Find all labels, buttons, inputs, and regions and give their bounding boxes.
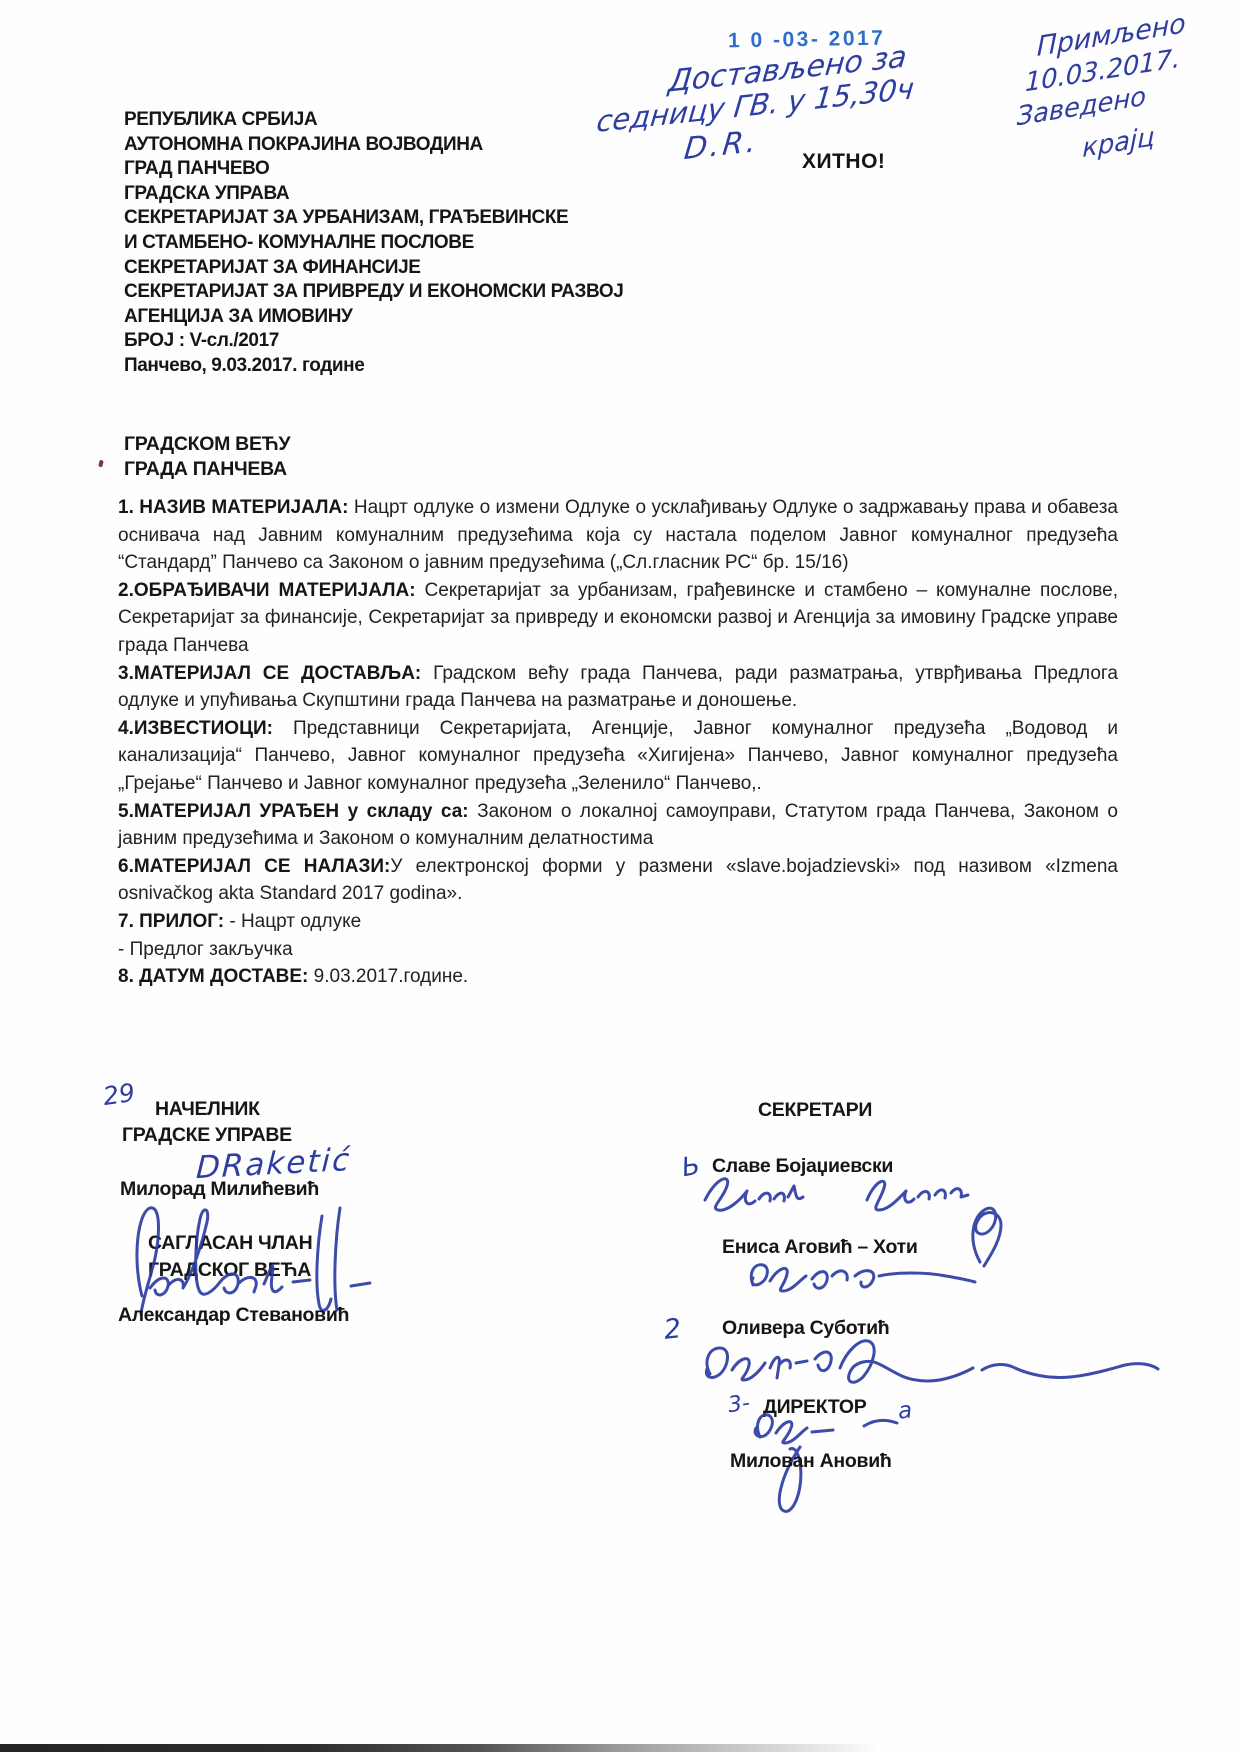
paragraph-text: - Предлог закључка	[118, 939, 293, 960]
handwritten-note-received-4: крајц	[1082, 122, 1155, 164]
document-body: 1. НАЗИВ МАТЕРИЈАЛА: Нацрт одлуке о изме…	[118, 494, 1118, 991]
role-nachelnik-line1: НАЧЕЛНИК	[155, 1098, 260, 1121]
paragraph-text: 9.03.2017.године.	[308, 966, 468, 987]
paragraph-text: - Нацрт одлуке	[224, 911, 361, 932]
paragraph-6-nalazi: 6.МАТЕРИЈАЛ СЕ НАЛАЗИ:У електронској фор…	[118, 853, 1118, 908]
header-line: И СТАМБЕНО- КОМУНАЛНЕ ПОСЛОВЕ	[124, 231, 623, 256]
signer-name-milovan-anovic: Милован Ановић	[730, 1450, 892, 1473]
secretaries-heading: СЕКРЕТАРИ	[758, 1099, 872, 1122]
institution-header: РЕПУБЛИКА СРБИЈА АУТОНОМНА ПОКРАЈИНА ВОЈ…	[124, 108, 623, 379]
paragraph-3-dostavlja: 3.МАТЕРИЈАЛ СЕ ДОСТАВЉА: Градском већу г…	[118, 660, 1118, 715]
header-line: СЕКРЕТАРИЈАТ ЗА ПРИВРЕДУ И ЕКОНОМСКИ РАЗ…	[124, 280, 623, 305]
paragraph-7-prilog: 7. ПРИЛОГ: - Нацрт одлуке	[118, 908, 1118, 936]
paragraph-label: 2.ОБРАЂИВАЧИ МАТЕРИЈАЛА:	[118, 580, 416, 601]
paragraph-label: 3.МАТЕРИЈАЛ СЕ ДОСТАВЉА:	[118, 663, 421, 684]
header-line: АУТОНОМНА ПОКРАЈИНА ВОЈВОДИНА	[124, 133, 623, 158]
header-line: СЕКРЕТАРИЈАТ ЗА УРБАНИЗАМ, ГРАЂЕВИНСКЕ	[124, 206, 623, 231]
paragraph-label: 6.МАТЕРИЈАЛ СЕ НАЛАЗИ:	[118, 856, 390, 877]
stray-ink-mark	[98, 460, 104, 468]
paragraph-label: 4.ИЗВЕСТИОЦИ:	[118, 718, 273, 739]
scan-edge-artifact	[0, 1744, 880, 1752]
handwritten-initials: D.R.	[682, 124, 760, 167]
paragraph-2-obradjivaci: 2.ОБРАЂИВАЧИ МАТЕРИЈАЛА: Секретаријат за…	[118, 577, 1118, 660]
header-line: РЕПУБЛИКА СРБИЈА	[124, 108, 623, 133]
paragraph-label: 7. ПРИЛОГ:	[118, 911, 224, 932]
urgent-label: ХИТНО!	[802, 150, 885, 174]
header-line: АГЕНЦИЈА ЗА ИМОВИНУ	[124, 305, 623, 330]
role-nachelnik-line2: ГРАДСКЕ УПРАВЕ	[122, 1124, 292, 1147]
paragraph-4-izvestioci: 4.ИЗВЕСТИОЦИ: Представници Секретаријата…	[118, 715, 1118, 798]
paragraph-label: 5.МАТЕРИЈАЛ УРАЂЕН у складу са:	[118, 801, 469, 822]
scanned-document-page: 1 0 -03- 2017 Достављено за седницу ГВ. …	[0, 0, 1240, 1752]
handwritten-mark-before-olivera: 2	[662, 1313, 682, 1346]
addressee-line: ГРАДА ПАНЧЕВА	[124, 457, 290, 482]
header-line: СЕКРЕТАРИЈАТ ЗА ФИНАНСИЈЕ	[124, 256, 623, 281]
header-line: ГРАДСКА УПРАВА	[124, 182, 623, 207]
addressee-line: ГРАДСКОМ ВЕЋУ	[124, 432, 290, 457]
handwritten-page-number: 29	[101, 1078, 137, 1111]
header-line: ГРАД ПАНЧЕВО	[124, 157, 623, 182]
signature-scribble-olivera	[688, 1332, 1188, 1404]
paragraph-prilog-item2: - Предлог закључка	[118, 936, 1118, 964]
paragraph-5-uradjen: 5.МАТЕРИЈАЛ УРАЂЕН у складу са: Законом …	[118, 798, 1118, 853]
signer-name-aleksandar-stevanovic: Александар Стевановић	[118, 1304, 349, 1327]
addressee-block: ГРАДСКОМ ВЕЋУ ГРАДА ПАНЧЕВА	[124, 432, 290, 482]
header-line-date: Панчево, 9.03.2017. године	[124, 354, 623, 379]
signature-scribble-enisa	[738, 1253, 983, 1301]
header-line-number: БРОЈ : V-сл./2017	[124, 329, 623, 354]
paragraph-8-datum-dostave: 8. ДАТУМ ДОСТАВЕ: 9.03.2017.године.	[118, 963, 1118, 991]
paragraph-label: 1. НАЗИВ МАТЕРИЈАЛА:	[118, 497, 348, 518]
paragraph-1-naziv-materijala: 1. НАЗИВ МАТЕРИЈАЛА: Нацрт одлуке о изме…	[118, 494, 1118, 577]
paragraph-label: 8. ДАТУМ ДОСТАВЕ:	[118, 966, 308, 987]
